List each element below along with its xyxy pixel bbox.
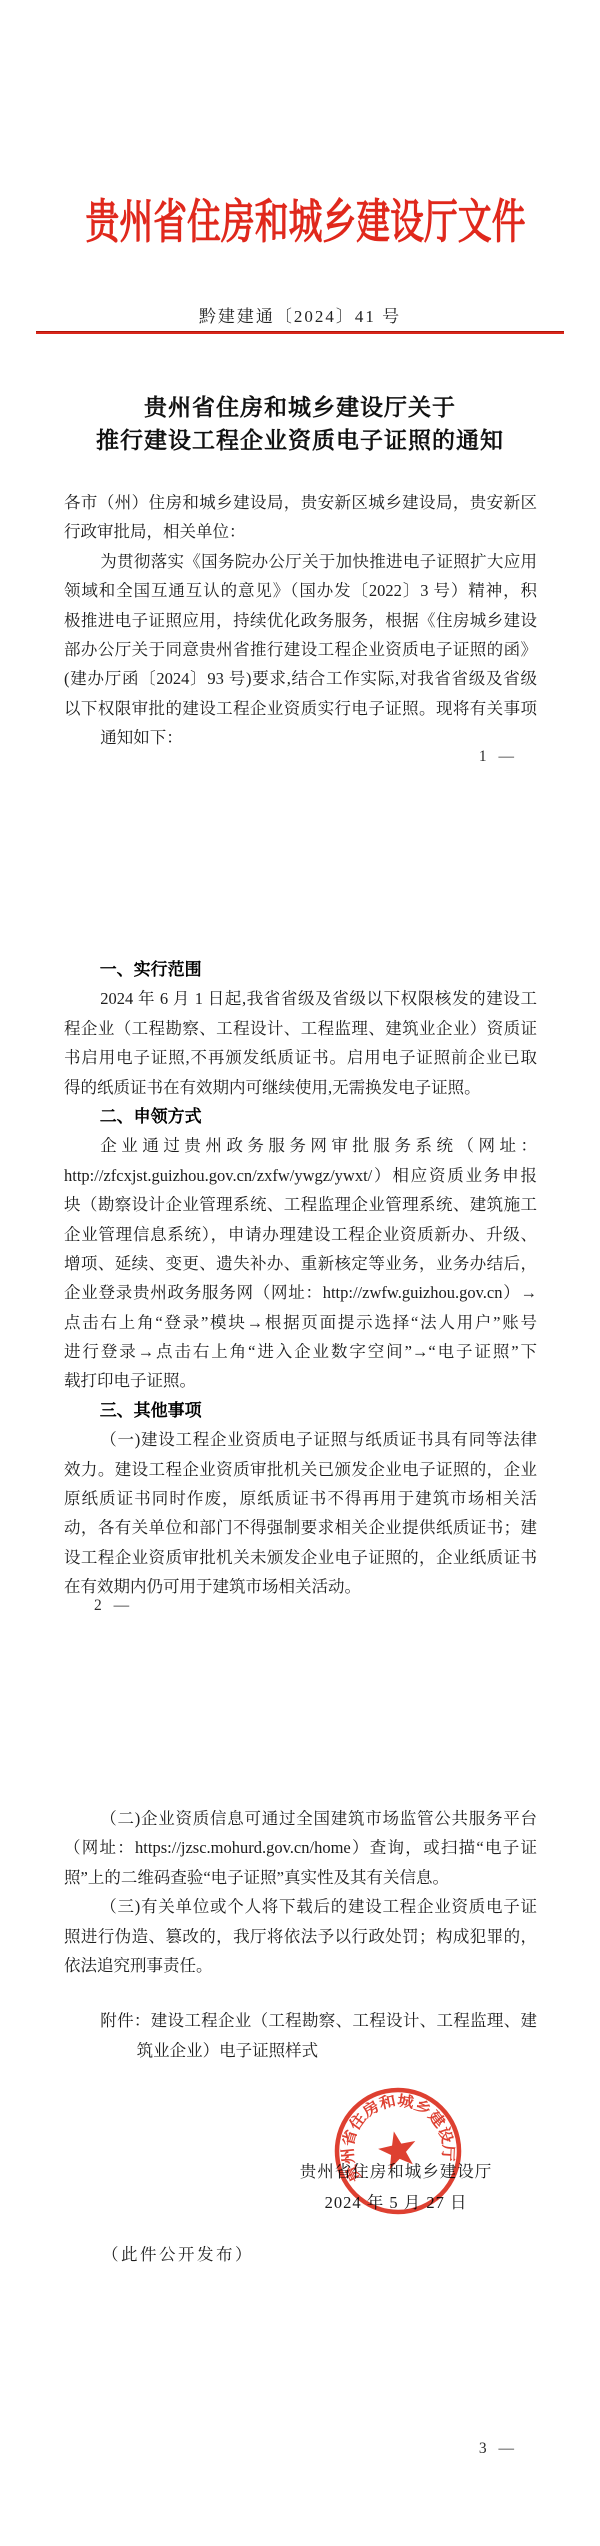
document-number: 黔建建通〔2024〕41 号	[0, 302, 600, 327]
body-line: （三)有关单位或个人将下载后的建设工程企业资质电子证	[64, 1892, 537, 1921]
body-line: 领域和全国互通互认的意见》（国办发〔2022〕3 号）精神，积	[64, 576, 537, 605]
body-line: 书启用电子证照,不再颁发纸质证书。启用电子证照前企业已取	[64, 1043, 537, 1072]
page1-body: 各市（州）住房和城乡建设局，贵安新区城乡建设局，贵安新区 行政审批局，相关单位：…	[64, 488, 537, 753]
body-line: 照”上的二维码查验“电子证照”真实性及其有关信息。	[64, 1863, 537, 1892]
body-line: （一)建设工程企业资质电子证照与纸质证书具有同等法律	[64, 1425, 537, 1454]
section-heading-2: 二、申领方式	[64, 1102, 537, 1131]
body-line: (建办厅函〔2024〕93 号)要求,结合工作实际,对我省省级及省级	[64, 664, 537, 693]
body-line: 动，各有关单位和部门不得强制要求相关企业提供纸质证书；建	[64, 1513, 537, 1542]
page-number-1: 1 —	[479, 748, 518, 766]
body-line: 依法追究刑事责任。	[64, 1951, 537, 1980]
official-document-page: 贵州省住房和城乡建设厅文件 黔建建通〔2024〕41 号 贵州省住房和城乡建设厅…	[0, 0, 600, 2546]
official-seal: 贵州省住房和城乡建设厅	[324, 2077, 472, 2225]
body-line: 载打印电子证照。	[64, 1366, 537, 1395]
body-line: （二)企业资质信息可通过全国建筑市场监管公共服务平台	[64, 1804, 537, 1833]
page3-body: （二)企业资质信息可通过全国建筑市场监管公共服务平台 （网址：https://j…	[64, 1804, 537, 1980]
page2-body: 一、实行范围 2024 年 6 月 1 日起,我省省级及省级以下权限核发的建设工…	[64, 955, 537, 1602]
notice-title-line1: 贵州省住房和城乡建设厅关于	[0, 391, 600, 424]
section-heading-1: 一、实行范围	[64, 955, 537, 984]
public-release-note: （此件公开发布）	[102, 2241, 254, 2265]
notice-title: 贵州省住房和城乡建设厅关于 推行建设工程企业资质电子证照的通知	[0, 391, 600, 457]
body-line: 在有效期内仍可用于建筑市场相关活动。	[64, 1572, 537, 1601]
agency-document-banner-text: 贵州省住房和城乡建设厅文件	[86, 194, 526, 252]
body-line: 增项、延续、变更、遗失补办、重新核定等业务，业务办结后，	[64, 1249, 537, 1278]
agency-document-banner: 贵州省住房和城乡建设厅文件	[0, 194, 600, 252]
notice-title-line2: 推行建设工程企业资质电子证照的通知	[0, 424, 600, 457]
body-line: 为贯彻落实《国务院办公厅关于加快推进电子证照扩大应用	[64, 547, 537, 576]
body-line: 企业通过贵州政务服务网审批服务系统（网址：	[64, 1131, 537, 1160]
body-line: 各市（州）住房和城乡建设局，贵安新区城乡建设局，贵安新区	[64, 488, 537, 517]
body-line: 企业登录贵州政务服务网（网址：http://zwfw.guizhou.gov.c…	[64, 1278, 537, 1307]
body-line: 进行登录→点击右上角“进入企业数字空间”→“电子证照”下	[64, 1337, 537, 1366]
red-divider	[36, 331, 564, 334]
body-line: 点击右上角“登录”模块→根据页面提示选择“法人用户”账号	[64, 1308, 537, 1337]
body-line: http://zfcxjst.guizhou.gov.cn/zxfw/ywgz/…	[64, 1161, 537, 1190]
body-line: 块（勘察设计企业管理系统、工程监理企业管理系统、建筑施工	[64, 1190, 537, 1219]
body-line: （网址：https://jzsc.mohurd.gov.cn/home）查询，或…	[64, 1833, 537, 1862]
body-line: 设工程企业资质审批机关未颁发企业电子证照的，企业纸质证书	[64, 1543, 537, 1572]
body-line: 得的纸质证书在有效期内可继续使用,无需换发电子证照。	[64, 1073, 537, 1102]
seal-star-icon	[375, 2127, 420, 2170]
body-line: 2024 年 6 月 1 日起,我省省级及省级以下权限核发的建设工	[64, 984, 537, 1013]
body-line: 企业管理信息系统），申请办理建设工程企业资质新办、升级、	[64, 1220, 537, 1249]
body-line: 原纸质证书同时作废，原纸质证书不得再用于建筑市场相关活	[64, 1484, 537, 1513]
body-line: 程企业（工程勘察、工程设计、工程监理、建筑业企业）资质证	[64, 1014, 537, 1043]
page-number-2: 2 —	[94, 1597, 133, 1615]
body-line: 通知如下：	[64, 723, 537, 752]
body-line: 以下权限审批的建设工程企业资质实行电子证照。现将有关事项	[64, 694, 537, 723]
section-heading-3: 三、其他事项	[64, 1396, 537, 1425]
page-number-3: 3 —	[479, 2440, 518, 2458]
body-line: 效力。建设工程企业资质审批机关已颁发企业电子证照的，企业	[64, 1455, 537, 1484]
attachment-note: 附件：建设工程企业（工程勘察、工程设计、工程监理、建 筑业企业）电子证照样式	[64, 2006, 537, 2065]
attachment-line: 附件：建设工程企业（工程勘察、工程设计、工程监理、建	[64, 2006, 537, 2036]
body-line: 行政审批局，相关单位：	[64, 517, 537, 546]
body-line: 极推进电子证照应用，持续优化政务服务，根据《住房城乡建设	[64, 606, 537, 635]
body-line: 照进行伪造、篡改的，我厅将依法予以行政处罚；构成犯罪的，	[64, 1922, 537, 1951]
attachment-line: 筑业企业）电子证照样式	[64, 2036, 537, 2066]
body-line: 部办公厅关于同意贵州省推行建设工程企业资质电子证照的函》	[64, 635, 537, 664]
